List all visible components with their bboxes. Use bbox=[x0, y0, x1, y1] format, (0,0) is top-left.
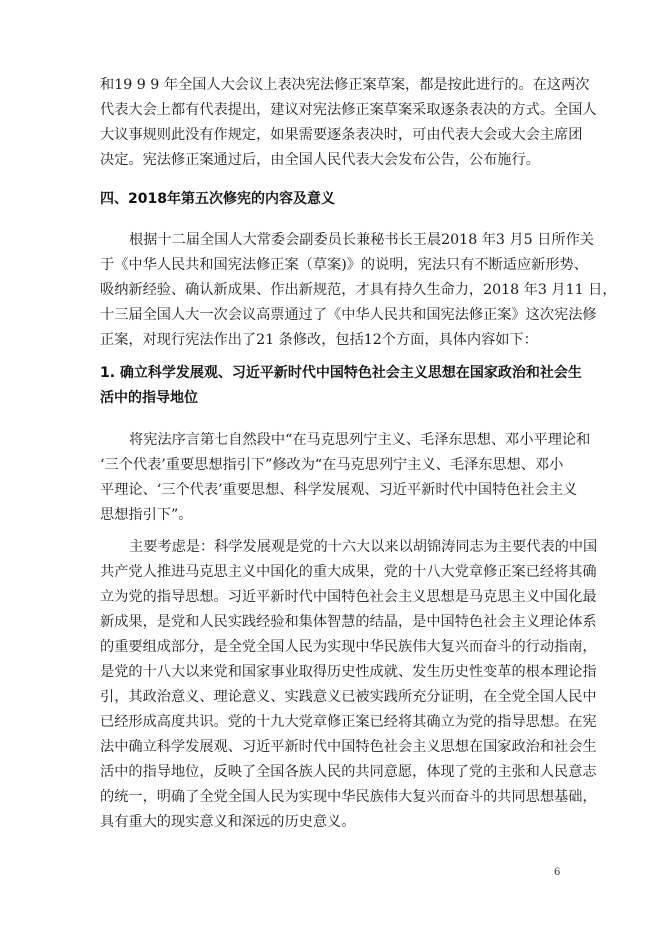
paragraph-line: 代表大会上都有代表提出，建议对宪法修正案草案采取逐条表决的方式。全国人 bbox=[100, 99, 561, 121]
paragraph-line: 已经形成高度共识。党的十九大党章修正案已经将其确立为党的指导思想。在宪 bbox=[100, 711, 561, 733]
paragraph-line: 正案，对现行宪法作出了21 条修改，包括12个方面，具体内容如下： bbox=[100, 329, 561, 351]
paragraph-line: 法中确立科学发展观、习近平新时代中国特色社会主义思想在国家政治和社会生 bbox=[100, 736, 561, 758]
paragraph-line: 将宪法序言第七自然段中“在马克思列宁主义、毛泽东思想、邓小平理论和 bbox=[129, 429, 561, 451]
paragraph-line: 思想指引下”。 bbox=[100, 504, 561, 526]
paragraph-line: 立为党的指导思想。习近平新时代中国特色社会主义思想是马克思主义中国化最 bbox=[100, 586, 561, 608]
paragraph-line: 活中的指导地位，反映了全国各族人民的共同意愿，体现了党的主张和人民意志 bbox=[100, 761, 561, 783]
paragraph-line: 平理论、‘三个代表’重要思想、科学发展观、习近平新时代中国特色社会主义 bbox=[100, 479, 561, 501]
page-number: 6 bbox=[554, 867, 560, 878]
paragraph-line: 的统一，明确了全党全国人民为实现中华民族伟大复兴而奋斗的共同思想基础， bbox=[100, 786, 561, 808]
paragraph-line: ‘三个代表’重要思想指引下”修改为“在马克思列宁主义、毛泽东思想、邓小 bbox=[100, 454, 561, 476]
paragraph-line: 于《中华人民共和国宪法修正案（草案)》的说明，宪法只有不断适应新形势、 bbox=[100, 254, 561, 276]
paragraph-line: 新成果，是党和人民实践经验和集体智慧的结晶，是中国特色社会主义理论体系 bbox=[100, 611, 561, 633]
section-heading: 四、2018年第五次修宪的内容及意义 bbox=[100, 188, 561, 210]
paragraph-line: 的重要组成部分，是全党全国人民为实现中华民族伟大复兴而奋斗的行动指南， bbox=[100, 636, 561, 658]
document-page: 和19 9 9 年全国人大会议上表决宪法修正案草案，都是按此进行的。在这两次 代… bbox=[0, 0, 662, 936]
subsection-heading: 1. 确立科学发展观、习近平新时代中国特色社会主义思想在国家政治和社会生 bbox=[100, 362, 561, 384]
paragraph-line: 和19 9 9 年全国人大会议上表决宪法修正案草案，都是按此进行的。在这两次 bbox=[100, 74, 561, 96]
paragraph-line: 共产党人推进马克思主义中国化的重大成果，党的十八大党章修正案已经将其确 bbox=[100, 561, 561, 583]
paragraph-line: 具有重大的现实意义和深远的历史意义。 bbox=[100, 811, 561, 833]
paragraph-line: 决定。宪法修正案通过后，由全国人民代表大会发布公告，公布施行。 bbox=[100, 149, 561, 171]
paragraph-line: 十三届全国人大一次会议高票通过了《中华人民共和国宪法修正案》这次宪法修 bbox=[100, 304, 561, 326]
subsection-heading: 活中的指导地位 bbox=[100, 387, 561, 409]
paragraph-line: 大议事规则此没有作规定，如果需要逐条表决时，可由代表大会或大会主席团 bbox=[100, 124, 561, 146]
paragraph-line: 是党的十八大以来党和国家事业取得历史性成就、发生历史性变革的根本理论指 bbox=[100, 661, 561, 683]
paragraph-line: 根据十二届全国人大常委会副委员长兼秘书长王晨2018 年3 月5 日所作关 bbox=[129, 229, 561, 251]
paragraph-line: 主要考虑是：科学发展观是党的十六大以来以胡锦涛同志为主要代表的中国 bbox=[129, 536, 561, 558]
paragraph-line: 引，其政治意义、理论意义、实践意义已被实践所充分证明，在全党全国人民中 bbox=[100, 686, 561, 708]
paragraph-line: 吸纳新经验、确认新成果、作出新规范，才具有持久生命力，2018 年3 月11 日… bbox=[100, 279, 561, 301]
